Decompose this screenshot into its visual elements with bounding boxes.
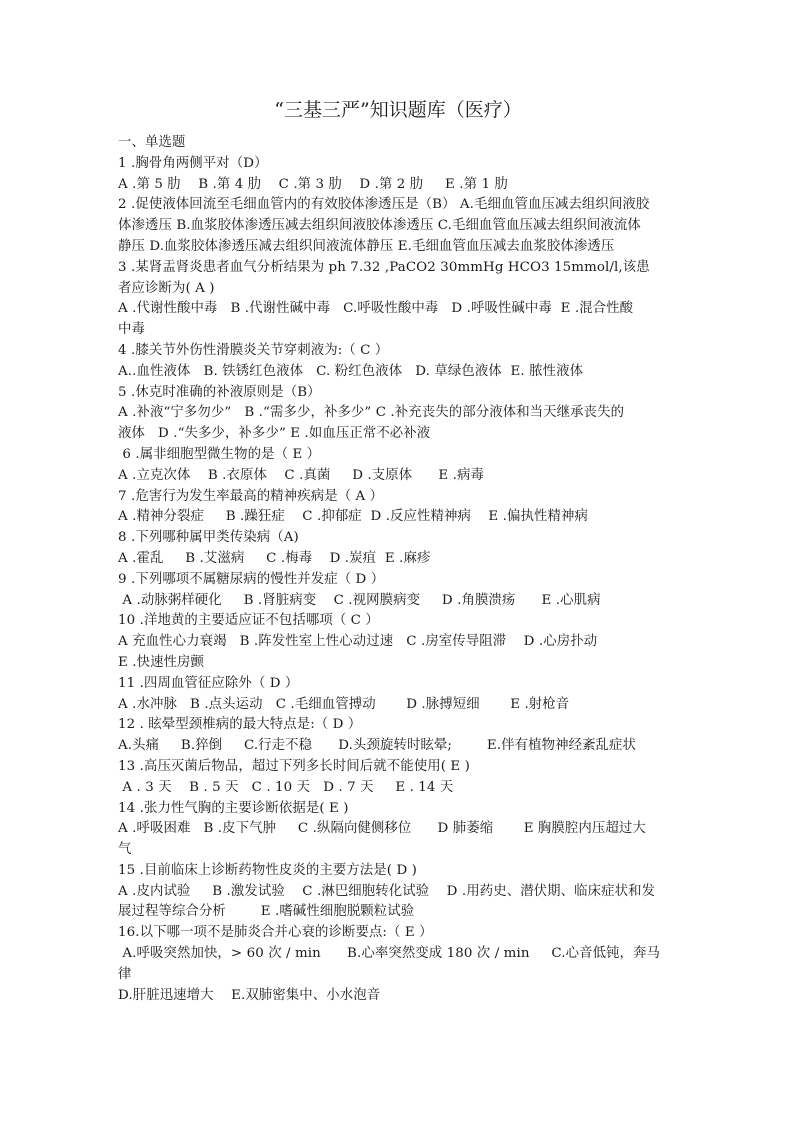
q10-options: E .快速性房颤	[118, 653, 678, 674]
q8-stem: 8 .下列哪种属甲类传染病（A)	[118, 528, 678, 549]
q7-options: A .精神分裂症 B .躁狂症 C .抑郁症 D .反应性精神病 E .偏执性精…	[118, 507, 678, 528]
q6-options: A .立克次体 B .衣原体 C .真菌 D .支原体 E .病毒	[118, 466, 678, 487]
q15-stem: 15 .目前临床上诊断药物性皮炎的主要方法是( D )	[118, 861, 678, 882]
q6-stem: 6 .属非细胞型微生物的是（ E ）	[118, 445, 678, 466]
q5-options: 液体 D .“失多少，补多少” E .如血压正常不必补液	[118, 424, 678, 445]
document-page: “三基三严”知识题库（医疗） 一、单选题 1 .胸骨角两侧平对（D） A .第 …	[118, 96, 678, 1006]
q16-options: D.肝脏迅速增大 E.双肺密集中、小水泡音	[118, 986, 678, 1007]
q3-stem: 者应诊断为( A )	[118, 279, 678, 300]
document-title: “三基三严”知识题库（医疗）	[118, 96, 678, 124]
question-list: 1 .胸骨角两侧平对（D） A .第 5 肋 B .第 4 肋 C .第 3 肋…	[118, 154, 678, 1007]
q3-stem: 3 .某肾盂肾炎患者血气分析结果为 ph 7.32 ,PaCO2 30mmHg …	[118, 258, 678, 279]
q16-options: A.呼吸突然加快，> 60 次 / min B.心率突然变成 180 次 / m…	[118, 944, 678, 965]
q14-options: 气	[118, 840, 678, 861]
q2-text: 体渗透压 B.血浆胶体渗透压减去组织间液胶体渗透压 C.毛细血管血压减去组织间液…	[118, 216, 678, 237]
q9-stem: 9 .下列哪项不属糖尿病的慢性并发症（ D ）	[118, 570, 678, 591]
q7-stem: 7 .危害行为发生率最高的精神疾病是（ A ）	[118, 487, 678, 508]
q9-options: A .动脉粥样硬化 B .肾脏病变 C .视网膜病变 D .角膜溃疡 E .心肌…	[118, 591, 678, 612]
q14-stem: 14 .张力性气胸的主要诊断依据是( E )	[118, 799, 678, 820]
q15-options: A .皮内试验 B .激发试验 C .淋巴细胞转化试验 D .用药史、潜伏期、临…	[118, 882, 678, 903]
q15-options: 展过程等综合分析 E .嗜碱性细胞脱颗粒试验	[118, 902, 678, 923]
q3-options: 中毒	[118, 320, 678, 341]
q2-text: 静压 D.血浆胶体渗透压减去组织间液流体静压 E.毛细血管血压减去血浆胶体渗透压	[118, 237, 678, 258]
q1-stem: 1 .胸骨角两侧平对（D）	[118, 154, 678, 175]
q13-options: A . 3 天 B . 5 天 C . 10 天 D . 7 天 E . 14 …	[118, 778, 678, 799]
q12-stem: 12 . 眩晕型颈椎病的最大特点是:（ D ）	[118, 715, 678, 736]
q5-stem: 5 .休克时准确的补液原则是（B）	[118, 383, 678, 404]
q11-options: A .水冲脉 B .点头运动 C .毛细血管搏动 D .脉搏短细 E .射枪音	[118, 695, 678, 716]
q4-options: A..血性液体 B. 铁锈红色液体 C. 粉红色液体 D. 草绿色液体 E. 脓…	[118, 362, 678, 383]
q12-options: A.头痛 B.猝倒 C.行走不稳 D.头颈旋转时眩晕; E.伴有植物神经紊乱症状	[118, 736, 678, 757]
q11-stem: 11 .四周血管征应除外（ D ）	[118, 674, 678, 695]
q8-options: A .霍乱 B .艾滋病 C .梅毒 D .炭疽 E .麻疹	[118, 549, 678, 570]
q5-options: A .补液“宁多勿少” B .“需多少，补多少” C .补充丧失的部分液体和当天…	[118, 403, 678, 424]
q10-stem: 10 .洋地黄的主要适应证不包括哪项（ C ）	[118, 611, 678, 632]
section-heading: 一、单选题	[118, 133, 678, 154]
q16-options: 律	[118, 965, 678, 986]
q13-stem: 13 .高压灭菌后物品，超过下列多长时间后就不能使用( E )	[118, 757, 678, 778]
q2-stem: 2 .促使液体回流至毛细血管内的有效胶体渗透压是（B） A.毛细血管血压减去组织…	[118, 195, 678, 216]
q1-options: A .第 5 肋 B .第 4 肋 C .第 3 肋 D .第 2 肋 E .第…	[118, 175, 678, 196]
q10-options: A 充血性心力衰竭 B .阵发性室上性心动过速 C .房室传导阻滞 D .心房扑…	[118, 632, 678, 653]
q4-stem: 4 .膝关节外伤性滑膜炎关节穿刺液为:（ C ）	[118, 341, 678, 362]
q3-options: A .代谢性酸中毒 B .代谢性碱中毒 C.呼吸性酸中毒 D .呼吸性碱中毒 E…	[118, 299, 678, 320]
q14-options: A .呼吸困难 B .皮下气肿 C .纵隔向健侧移位 D 肺萎缩 E 胸膜腔内压…	[118, 819, 678, 840]
q16-stem: 16.以下哪一项不是肺炎合并心衰的诊断要点:（ E ）	[118, 923, 678, 944]
